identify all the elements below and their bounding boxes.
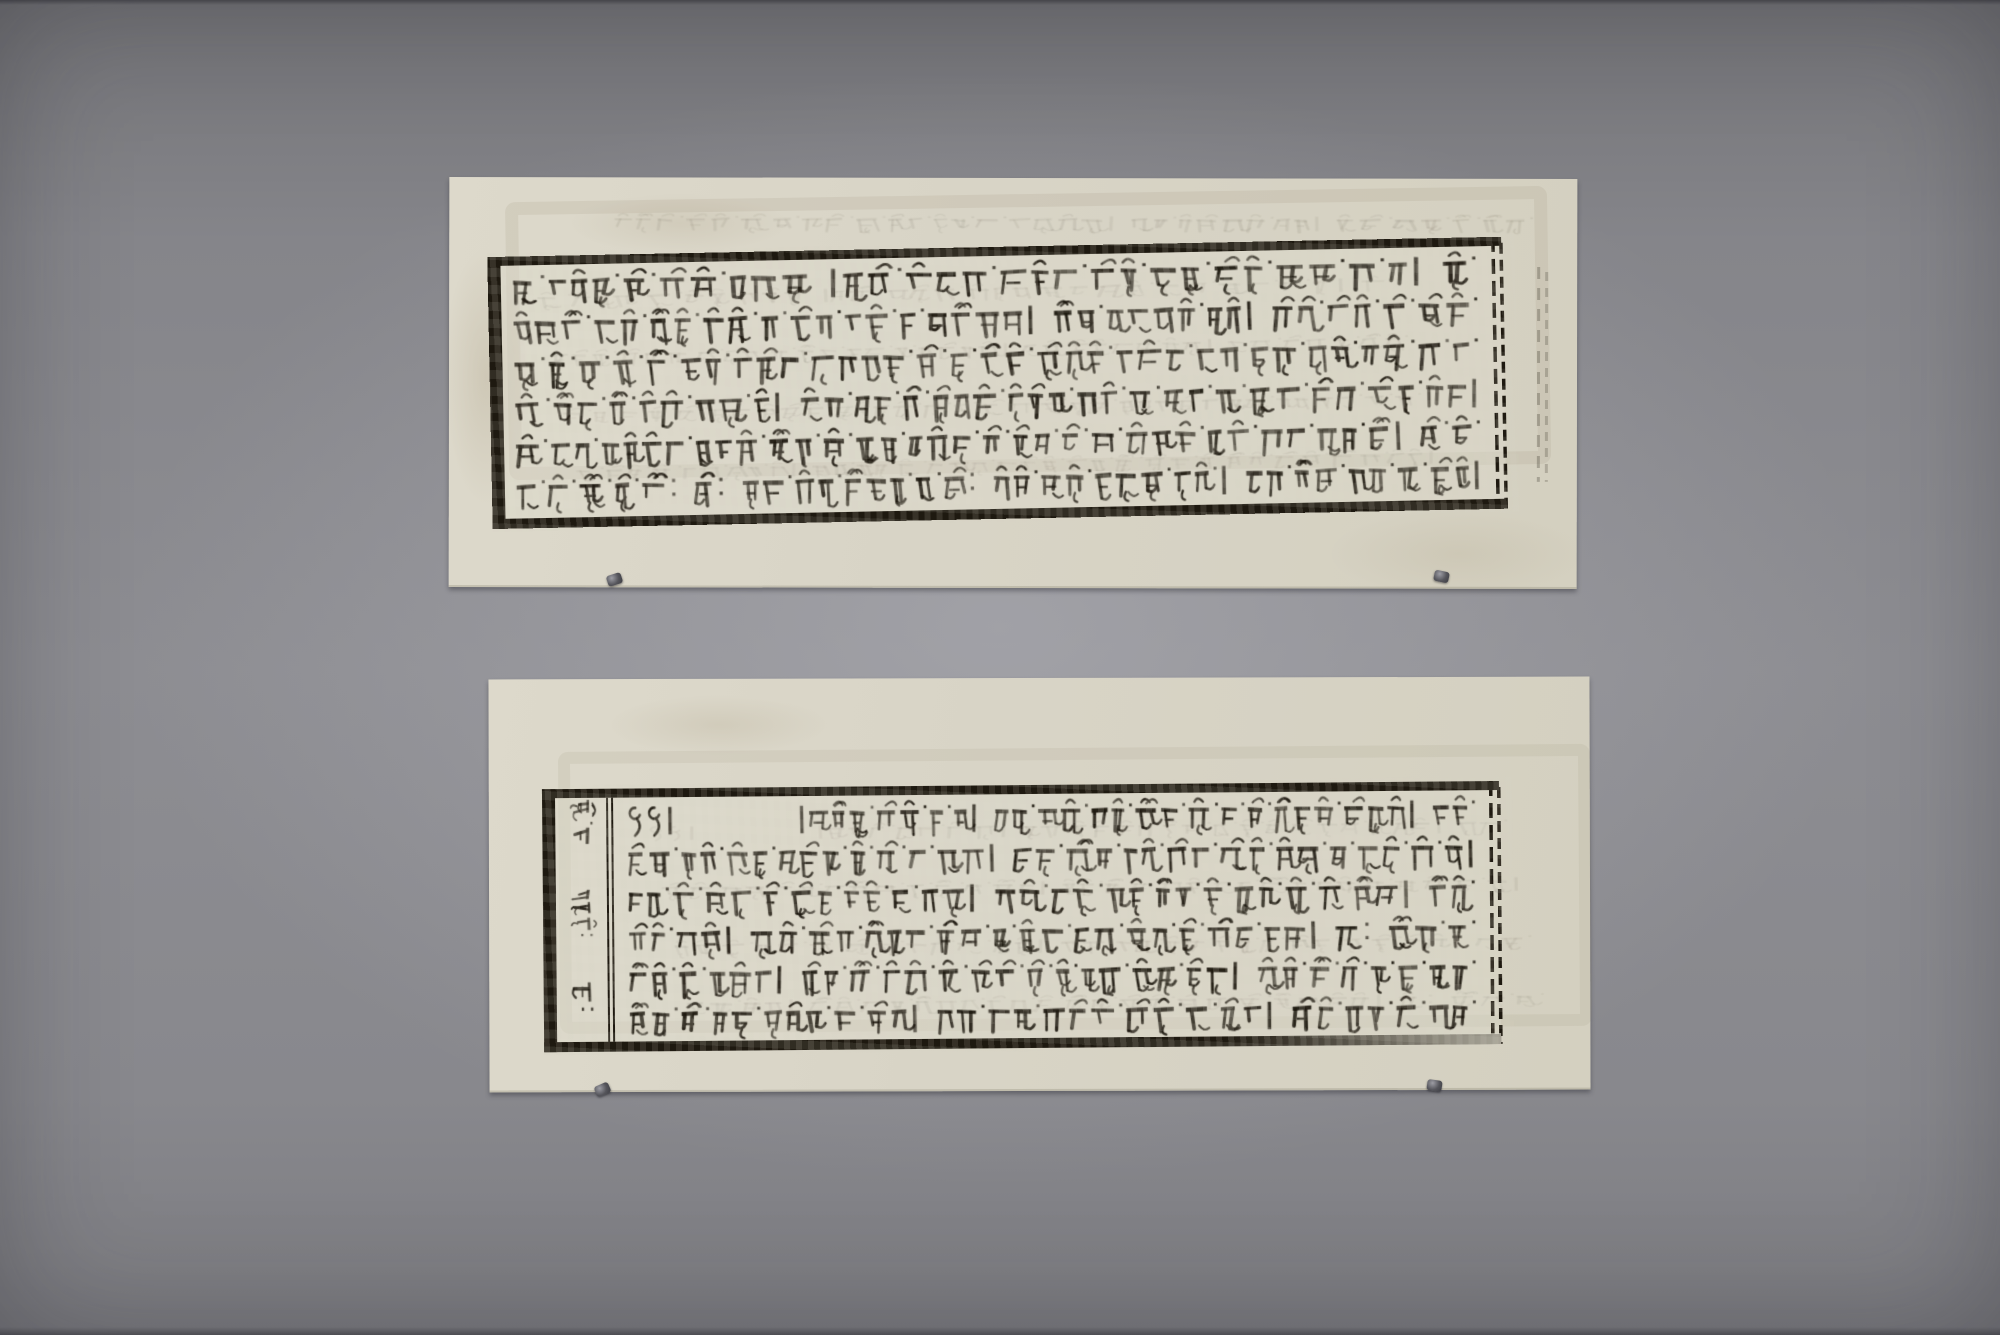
ghost-border-dashes [1537,267,1550,482]
text-block-bottom [613,790,1501,1042]
manuscript-leaf-top [449,177,1578,589]
ghost-text-band [609,211,1549,239]
paper-stain [609,695,829,756]
manuscript-leaf-bottom [488,677,1590,1093]
mounting-pin [1426,1079,1442,1092]
margin-column [555,798,615,1042]
text-line [627,993,1491,1041]
margin-text [561,899,601,939]
paper-stain [1329,509,1589,599]
printed-frame-top [487,237,1506,529]
text-block-top [500,246,1506,519]
margin-text [561,808,601,848]
photo-edge-bottom [0,1327,2000,1335]
photo-edge-top [0,0,2000,5]
margin-text [562,990,602,1030]
printed-frame-bottom [542,781,1501,1052]
photo-background [0,0,2000,1335]
